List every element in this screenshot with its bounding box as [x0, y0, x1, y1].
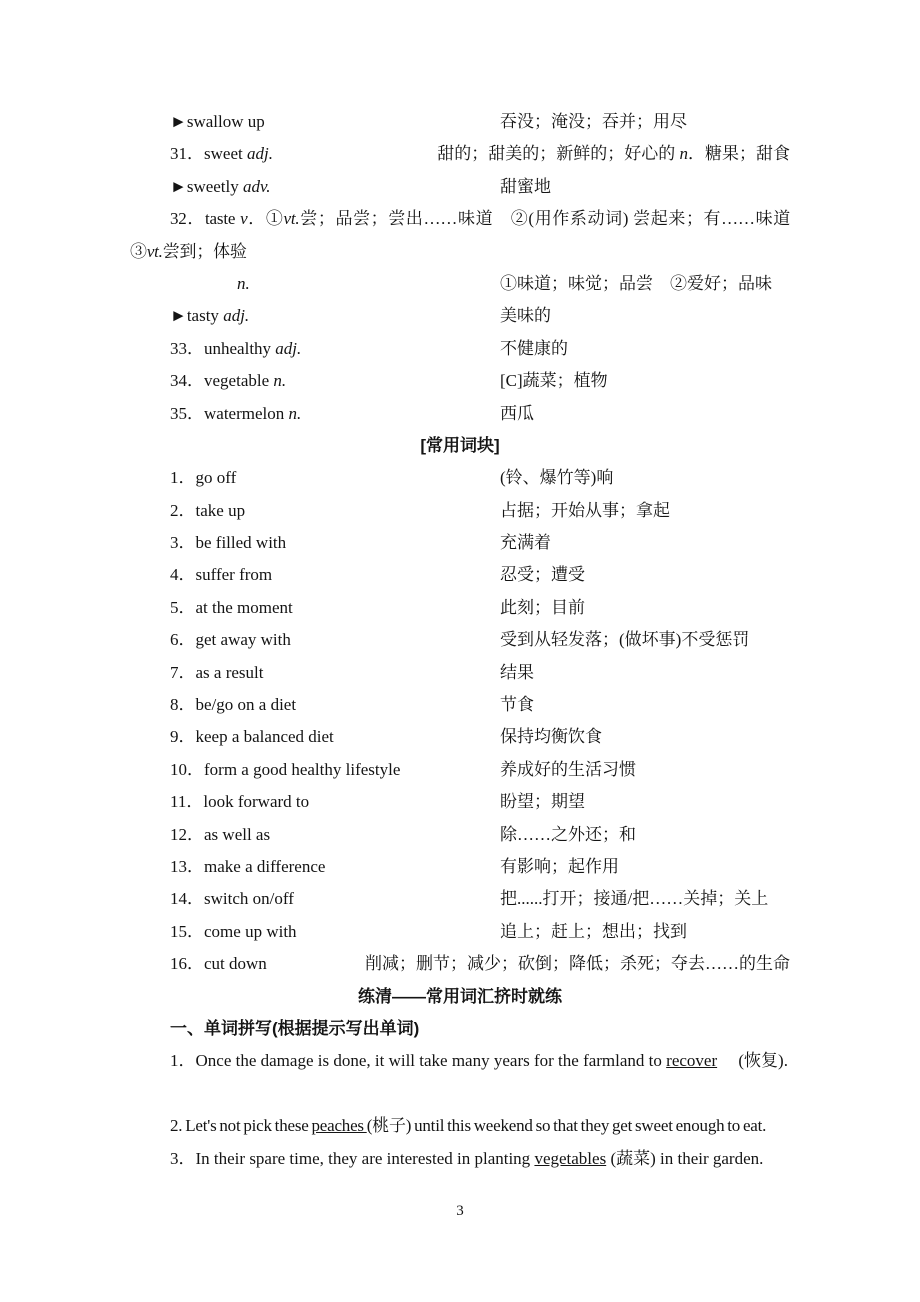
text-segment: 结果	[500, 663, 534, 682]
definition: 结果	[500, 657, 534, 689]
definition: 占据；开始从事；拿起	[500, 495, 670, 527]
text-segment: 16．cut down	[170, 954, 267, 973]
text-segment: 2. Let's not pick these	[170, 1116, 311, 1135]
text-segment: 美味的	[500, 306, 551, 325]
text-segment: 不健康的	[500, 339, 568, 358]
text-segment: (恢复).	[717, 1051, 788, 1070]
vocab-row: 3．be filled with充满着	[130, 527, 790, 559]
word-blocks-heading: [常用词块]	[130, 430, 790, 462]
text-segment: adj.	[247, 144, 273, 163]
exercise-sentence: 3．In their spare time, they are interest…	[130, 1143, 790, 1175]
document-page: ►swallow up吞没；淹没；吞并；用尽31．sweet adj.甜的；甜美…	[0, 0, 920, 1302]
vocab-row: 10．form a good healthy lifestyle养成好的生活习惯	[130, 754, 790, 786]
page-number: 3	[0, 1203, 920, 1220]
text-segment: n.	[237, 274, 250, 293]
text-segment: 尝到；体验	[163, 242, 247, 261]
term: n.	[237, 268, 250, 300]
definition: 除……之外还；和	[500, 819, 636, 851]
definition: 有影响；起作用	[500, 851, 619, 883]
text-segment: 西瓜	[500, 404, 534, 423]
text-segment: ①味道；味觉；品尝 ②爱好；品味	[500, 274, 772, 293]
text-segment: 3．be filled with	[170, 533, 286, 552]
text-segment: 2．take up	[170, 501, 245, 520]
definition: 西瓜	[500, 398, 534, 430]
text-segment: 9．keep a balanced diet	[170, 727, 334, 746]
term: 33．unhealthy adj.	[170, 333, 301, 365]
text-segment: 节食	[500, 695, 534, 714]
term: ►tasty adj.	[170, 300, 249, 332]
answer-blank: peaches	[311, 1116, 366, 1135]
vocab-row: ►sweetly adv.甜蜜地	[130, 171, 790, 203]
term: 9．keep a balanced diet	[170, 721, 334, 753]
text-segment: [常用词块]	[420, 436, 499, 455]
text-segment: 4．suffer from	[170, 565, 272, 584]
vocab-row: n.①味道；味觉；品尝 ②爱好；品味	[130, 268, 790, 300]
answer-blank: recover	[666, 1051, 717, 1070]
term: 11．look forward to	[170, 786, 309, 818]
vocab-paragraph: 32．taste v．①vt.尝；品尝；尝出……味道 ②(用作系动词) 尝起来；…	[130, 203, 790, 268]
text-segment: 有影响；起作用	[500, 857, 619, 876]
vocab-row: 11．look forward to盼望；期望	[130, 786, 790, 818]
text-segment: 保持均衡饮食	[500, 727, 602, 746]
text-segment: 忍受；遭受	[500, 565, 585, 584]
practice-banner: 练清——常用词汇挤时就练	[130, 981, 790, 1013]
term: 2．take up	[170, 495, 245, 527]
definition: 节食	[500, 689, 534, 721]
text-segment: n	[680, 144, 689, 163]
vocab-row: 34．vegetable n.[C]蔬菜；植物	[130, 365, 790, 397]
vocab-row: 12．as well as除……之外还；和	[130, 819, 790, 851]
text-segment: 盼望；期望	[500, 792, 585, 811]
term: 13．make a difference	[170, 851, 325, 883]
text-segment: 3．In their spare time, they are interest…	[170, 1149, 534, 1168]
text-segment: 13．make a difference	[170, 857, 325, 876]
definition: 此刻；目前	[500, 592, 585, 624]
vocab-row: 31．sweet adj.甜的；甜美的；新鲜的；好心的 n．糖果；甜食	[130, 138, 790, 170]
text-segment: 甜蜜地	[500, 177, 551, 196]
vocab-row: 33．unhealthy adj.不健康的	[130, 333, 790, 365]
text-segment: 8．be/go on a diet	[170, 695, 296, 714]
definition: 养成好的生活习惯	[500, 754, 636, 786]
text-segment: 5．at the moment	[170, 598, 293, 617]
vocab-row: 8．be/go on a diet节食	[130, 689, 790, 721]
text-segment: 把......打开；接通/把……关掉；关上	[500, 889, 768, 908]
term: 4．suffer from	[170, 559, 272, 591]
text-segment: ►tasty	[170, 306, 223, 325]
definition: 不健康的	[500, 333, 568, 365]
text-segment: 12．as well as	[170, 825, 270, 844]
text-segment: 练清——常用词汇挤时就练	[358, 987, 562, 1006]
text-segment: [C]蔬菜；植物	[500, 371, 608, 390]
text-segment: adj.	[223, 306, 249, 325]
term: 3．be filled with	[170, 527, 286, 559]
definition: [C]蔬菜；植物	[500, 365, 608, 397]
text-segment: ．糖果；甜食	[688, 144, 790, 163]
text-segment: ►sweetly	[170, 177, 243, 196]
term: 35．watermelon n.	[170, 398, 301, 430]
vocab-row: 14．switch on/off把......打开；接通/把……关掉；关上	[130, 883, 790, 915]
text-segment: 甜的；甜美的；新鲜的；好心的	[437, 144, 679, 163]
text-segment: 吞没；淹没；吞并；用尽	[500, 112, 687, 131]
definition: 充满着	[500, 527, 551, 559]
text-segment: 7．as a result	[170, 663, 263, 682]
text-segment: 34．vegetable	[170, 371, 273, 390]
text-segment: adv.	[243, 177, 271, 196]
vocab-row: 1．go off(铃、爆竹等)响	[130, 462, 790, 494]
definition: 吞没；淹没；吞并；用尽	[500, 106, 687, 138]
text-segment: 31．sweet	[170, 144, 247, 163]
text-segment: 32．taste	[170, 209, 240, 228]
vocab-row: 7．as a result结果	[130, 657, 790, 689]
term: 12．as well as	[170, 819, 270, 851]
vocab-row: 15．come up with追上；赶上；想出；找到	[130, 916, 790, 948]
text-segment: 1．Once the damage is done, it will take …	[170, 1051, 666, 1070]
text-segment: adj.	[275, 339, 301, 358]
term: ►sweetly adv.	[170, 171, 271, 203]
answer-blank: vegetables	[534, 1149, 606, 1168]
term: 16．cut down	[170, 948, 267, 980]
text-segment: (桃子) until this weekend so that they get…	[367, 1116, 767, 1135]
definition: 忍受；遭受	[500, 559, 585, 591]
vocab-row: 9．keep a balanced diet保持均衡饮食	[130, 721, 790, 753]
vocab-row: 5．at the moment此刻；目前	[130, 592, 790, 624]
definition: 削减；删节；减少；砍倒；降低；杀死；夺去……的生命	[365, 948, 790, 980]
text-segment: 除……之外还；和	[500, 825, 636, 844]
text-segment: vt.	[147, 242, 163, 261]
text-segment: 受到从轻发落；(做坏事)不受惩罚	[500, 630, 749, 649]
term: 14．switch on/off	[170, 883, 294, 915]
text-segment: 15．come up with	[170, 922, 297, 941]
term: 31．sweet adj.	[170, 138, 273, 170]
definition: (铃、爆竹等)响	[500, 462, 613, 494]
text-segment: 33．unhealthy	[170, 339, 275, 358]
vocab-row: ►tasty adj.美味的	[130, 300, 790, 332]
text-segment: 养成好的生活习惯	[500, 760, 636, 779]
vocab-row: 6．get away with受到从轻发落；(做坏事)不受惩罚	[130, 624, 790, 656]
exercise-sentence: 2. Let's not pick these peaches (桃子) unt…	[130, 1110, 790, 1142]
term: 6．get away with	[170, 624, 291, 656]
term: 8．be/go on a diet	[170, 689, 296, 721]
definition: 受到从轻发落；(做坏事)不受惩罚	[500, 624, 749, 656]
definition: 甜蜜地	[500, 171, 551, 203]
text-segment: 1．go off	[170, 468, 236, 487]
document-body: ►swallow up吞没；淹没；吞并；用尽31．sweet adj.甜的；甜美…	[130, 106, 790, 1175]
term: 1．go off	[170, 462, 236, 494]
definition: ①味道；味觉；品尝 ②爱好；品味	[500, 268, 772, 300]
term: 5．at the moment	[170, 592, 293, 624]
text-segment: 一、单词拼写(根据提示写出单词)	[170, 1019, 419, 1038]
text-segment: n.	[273, 371, 286, 390]
term: 10．form a good healthy lifestyle	[170, 754, 400, 786]
text-segment: 占据；开始从事；拿起	[500, 501, 670, 520]
text-segment: 削减；删节；减少；砍倒；降低；杀死；夺去……的生命	[365, 954, 790, 973]
exercise-sentence: 1．Once the damage is done, it will take …	[130, 1045, 790, 1110]
text-segment: 35．watermelon	[170, 404, 289, 423]
text-segment: 6．get away with	[170, 630, 291, 649]
text-segment: n.	[289, 404, 302, 423]
definition: 甜的；甜美的；新鲜的；好心的 n．糖果；甜食	[437, 138, 790, 170]
text-segment: 10．form a good healthy lifestyle	[170, 760, 400, 779]
term: 15．come up with	[170, 916, 297, 948]
text-segment: 11．look forward to	[170, 792, 309, 811]
text-segment: (铃、爆竹等)响	[500, 468, 613, 487]
vocab-row: 35．watermelon n.西瓜	[130, 398, 790, 430]
term: 34．vegetable n.	[170, 365, 286, 397]
text-segment: 充满着	[500, 533, 551, 552]
definition: 盼望；期望	[500, 786, 585, 818]
text-segment: vt.	[283, 209, 299, 228]
text-segment: ►swallow up	[170, 112, 265, 131]
vocab-row: 4．suffer from忍受；遭受	[130, 559, 790, 591]
vocab-row: 13．make a difference有影响；起作用	[130, 851, 790, 883]
vocab-row: 2．take up占据；开始从事；拿起	[130, 495, 790, 527]
vocab-row: 16．cut down削减；删节；减少；砍倒；降低；杀死；夺去……的生命	[130, 948, 790, 980]
section-heading: 一、单词拼写(根据提示写出单词)	[130, 1013, 790, 1045]
text-segment: 14．switch on/off	[170, 889, 294, 908]
vocab-row: ►swallow up吞没；淹没；吞并；用尽	[130, 106, 790, 138]
definition: 保持均衡饮食	[500, 721, 602, 753]
term: 7．as a result	[170, 657, 263, 689]
text-segment: ．①	[247, 209, 283, 228]
text-segment: 追上；赶上；想出；找到	[500, 922, 687, 941]
definition: 美味的	[500, 300, 551, 332]
definition: 追上；赶上；想出；找到	[500, 916, 687, 948]
text-segment: 此刻；目前	[500, 598, 585, 617]
definition: 把......打开；接通/把……关掉；关上	[500, 883, 768, 915]
text-segment: (蔬菜) in their garden.	[606, 1149, 763, 1168]
term: ►swallow up	[170, 106, 265, 138]
